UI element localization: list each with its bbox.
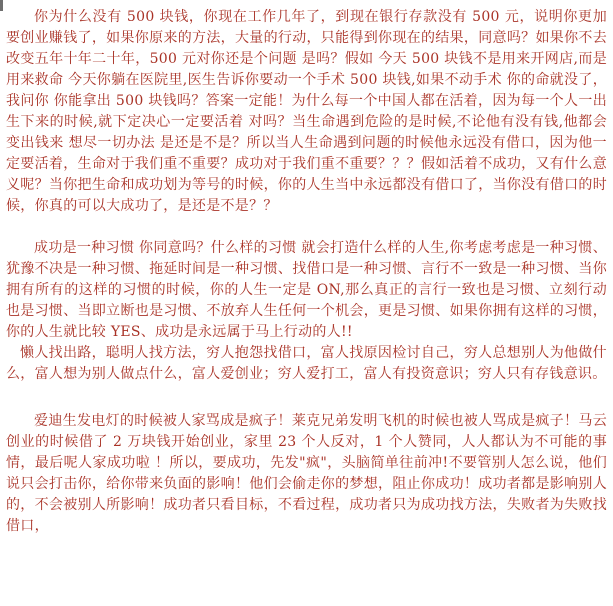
- paragraph-success-habit: 成功是一种习惯 你同意吗？什么样的习惯 就会打造什么样的人生,你考虑考虑是一种习…: [6, 238, 607, 343]
- screen-edge-artifact: [0, 0, 3, 11]
- paragraph-500-yuan: 你为什么没有 500 块钱，你现在工作几年了，到现在银行存款没有 500 元，说…: [6, 7, 607, 217]
- paragraph-edison-mayun: 爱迪生发电灯的时候被人家骂成是疯子！莱克兄弟发明飞机的时候也被人骂成是疯子！马云…: [6, 411, 607, 537]
- paragraph-lazy-vs-rich: 懒人找出路，聪明人找方法，穷人抱怨找借口，富人找原因检讨自己，穷人总想别人为他做…: [6, 343, 607, 385]
- document-body: 你为什么没有 500 块钱，你现在工作几年了，到现在银行存款没有 500 元，说…: [0, 0, 613, 537]
